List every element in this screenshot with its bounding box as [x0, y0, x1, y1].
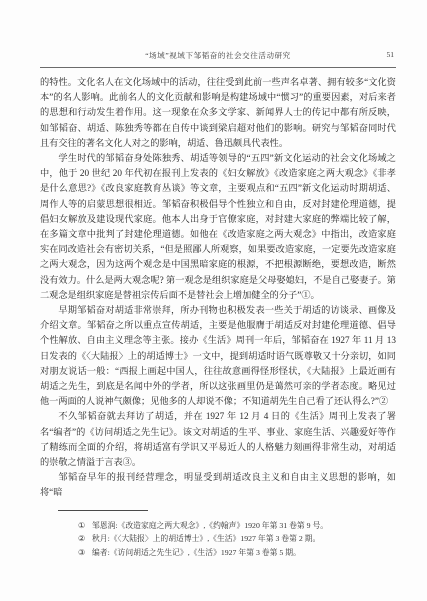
- footnote-marker: ①: [78, 519, 85, 533]
- footnote-item: ② 秋月:《〈大陆报〉上的胡适博士》,《生活》1927 年第 3 卷第 2 期。: [78, 532, 396, 546]
- paragraph: 不久邹韬奋就去拜访了胡适，并在 1927 年 12 月 4 日的《生活》周刊上发…: [40, 409, 396, 470]
- footnote-item: ① 邹恩润:《改造家庭之两大观念》,《约翰声》1920 年第 31 卷第 9 号…: [78, 519, 396, 533]
- footnote-marker: ③: [78, 546, 85, 560]
- footnote-item: ③ 编者:《访问胡适之先生记》,《生活》1927 年第 3 卷第 5 期。: [78, 546, 396, 560]
- paragraph: 学生时代的邹韬奋身处陈独秀、胡适等领导的“五四”新文化运动的社会文化场域之中，他…: [40, 151, 396, 303]
- paragraph: 邹韬奋早年的报刊经营理念，明显受到胡适改良主义和自由主义思想的影响，如将“暗: [40, 470, 396, 500]
- footnote-text: 编者:《访问胡适之先生记》,《生活》1927 年第 3 卷第 5 期。: [92, 546, 396, 560]
- footnote-marker: ②: [78, 532, 85, 546]
- footnote-area: ① 邹恩润:《改造家庭之两大观念》,《约翰声》1920 年第 31 卷第 9 号…: [40, 510, 396, 560]
- paragraph: 的特性。文化名人在文化场域中的活动，往往受到此前一些声名卓著、拥有较多“文化资本…: [40, 75, 396, 151]
- paragraph: 早期邹韬奋对胡适非常崇拜，所办刊物也积极发表一些关于胡适的访谈录、画像及介绍文章…: [40, 303, 396, 409]
- footnote-list: ① 邹恩润:《改造家庭之两大观念》,《约翰声》1920 年第 31 卷第 9 号…: [40, 519, 396, 560]
- footnote-text: 邹恩润:《改造家庭之两大观念》,《约翰声》1920 年第 31 卷第 9 号。: [92, 519, 396, 533]
- running-header-title: “场域”视域下邹韬奋的社会交往活动研究: [145, 51, 291, 60]
- running-header: “场域”视域下邹韬奋的社会交往活动研究 51: [40, 50, 396, 68]
- scanned-page: “场域”视域下邹韬奋的社会交往活动研究 51 的特性。文化名人在文化场域中的活动…: [0, 0, 427, 601]
- body-text: 的特性。文化名人在文化场域中的活动，往往受到此前一些声名卓著、拥有较多“文化资本…: [40, 75, 396, 501]
- footnote-divider: [58, 510, 148, 511]
- footnote-text: 秋月:《〈大陆报〉上的胡适博士》,《生活》1927 年第 3 卷第 2 期。: [92, 532, 396, 546]
- page-number: 51: [387, 50, 395, 59]
